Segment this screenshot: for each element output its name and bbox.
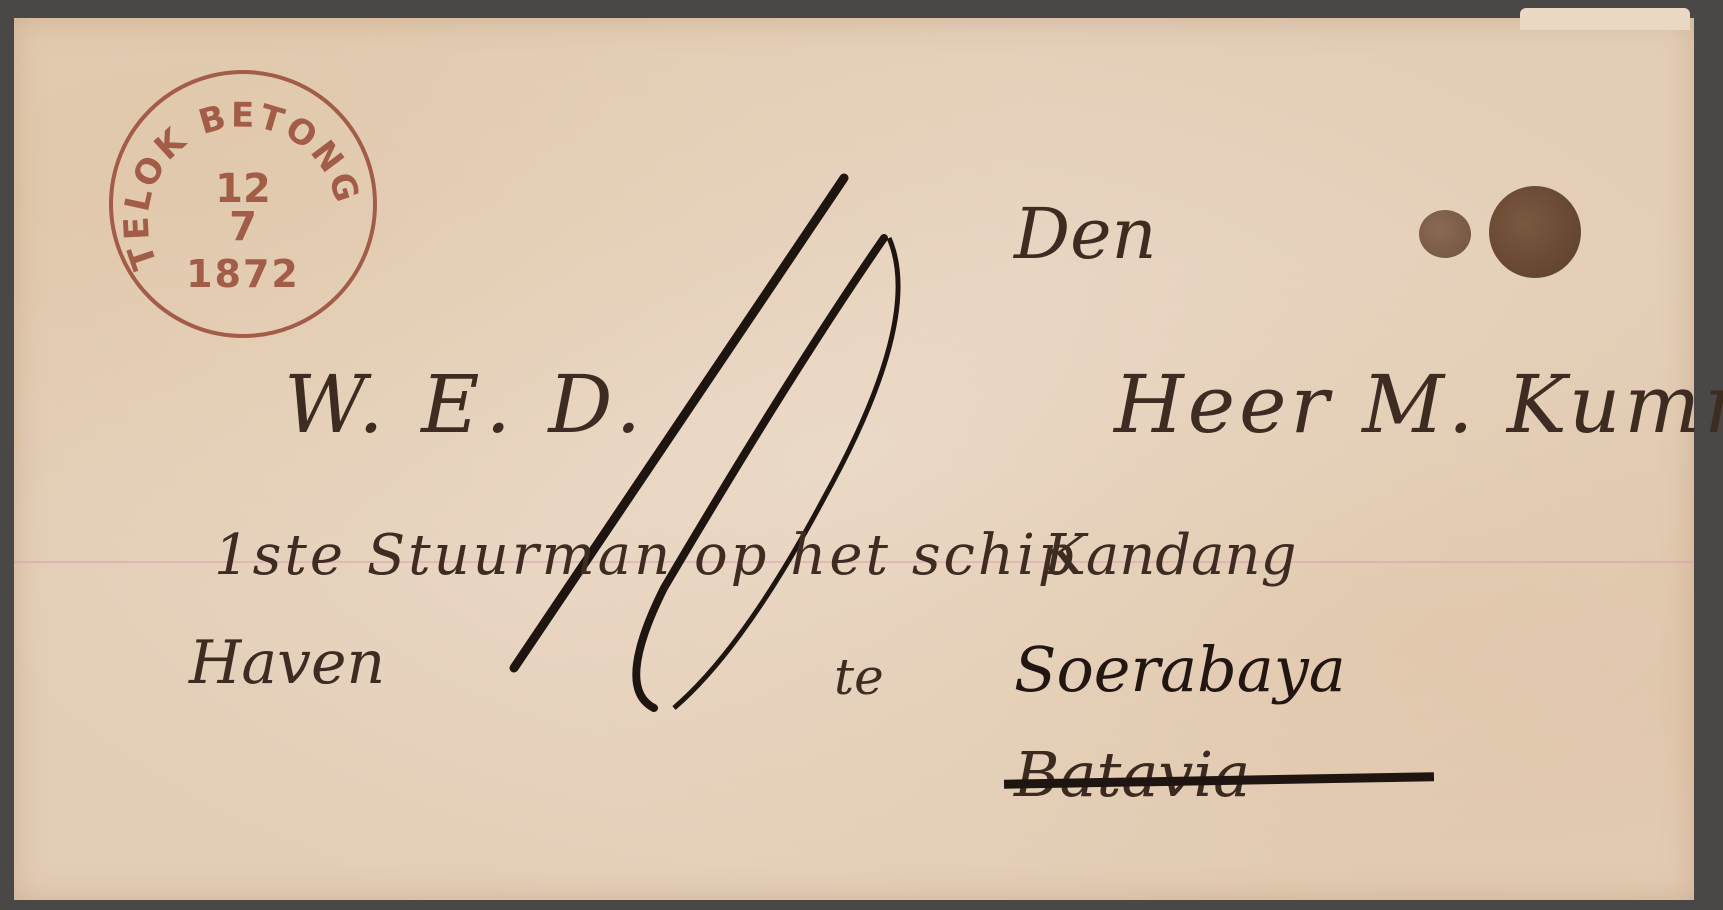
- addressee-role: 1ste Stuurman op het schip: [214, 523, 1077, 588]
- addressee-name: Heer M. Kummer: [1114, 358, 1723, 451]
- ink-blot-large: [1489, 186, 1581, 278]
- port-line: Haven: [189, 628, 385, 698]
- salutation-den: Den: [1014, 193, 1157, 275]
- struck-destination: Batavia: [1014, 738, 1250, 811]
- postmark-circular-datestamp: TELOK BETONG 12 7 1872: [109, 70, 377, 338]
- destination-city: Soerabaya: [1014, 633, 1346, 706]
- postmark-year: 1872: [113, 252, 373, 296]
- torn-edge: [1520, 8, 1690, 30]
- ink-blot-small: [1419, 210, 1471, 258]
- preposition-te: te: [834, 648, 884, 706]
- envelope: TELOK BETONG 12 7 1872 Den W. E. D. Heer…: [14, 18, 1694, 900]
- addressee-title: W. E. D.: [284, 358, 647, 451]
- ship-name: Kandang: [1044, 523, 1296, 588]
- postmark-month: 7: [113, 204, 373, 250]
